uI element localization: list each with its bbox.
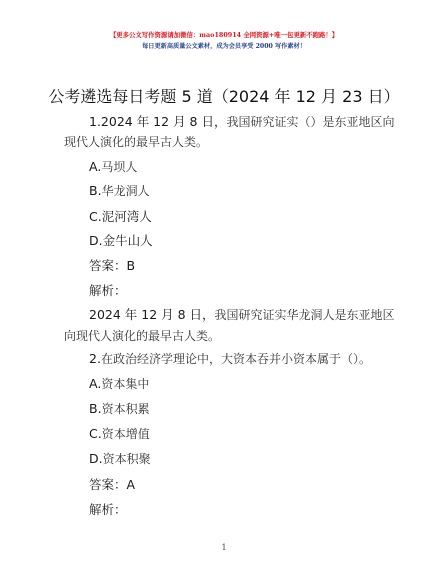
question-1-stem-text: 我国研究证实（）是东亚地区向 [226,115,394,129]
question-1-stem-line-2: 现代人演化的最早古人类。 [64,133,208,150]
question-1-option-d: D.金牛山人 [89,231,153,249]
promo-header-line-1: 【更多公文写作资源请加微信：mao180914 全网资源+唯一包更新不跑路！】 [0,30,448,39]
question-1-stem-line-1: 1.2024 年 12 月 8 日，我国研究证实（）是东亚地区向 [89,112,394,130]
question-1-analysis-line-1: 2024 年 12 月 8 日，我国研究证实华龙洞人是东亚地区 [89,305,395,323]
question-2-answer-value: A [127,477,136,492]
question-1-answer-value: B [127,258,136,273]
question-1-answer: 答案：B [89,256,135,274]
question-2-option-c: C.资本增值 [89,425,150,442]
question-1-number-date: 1.2024 年 12 月 8 日， [89,114,226,129]
question-1-option-a: A.马坝人 [89,158,137,175]
question-2-analysis-label: 解析： [89,500,127,518]
question-2-answer: 答案：A [89,475,135,493]
question-2-option-b: B.资本积累 [89,400,150,417]
page-title: 公考遴选每日考题 5 道（2024 年 12 月 23 日） [0,84,448,107]
question-2-stem-text: 在政治经济学理论中，大资本吞并小资本属于（）。 [101,352,371,366]
promo-header-line-2: 每日更新高质量公文素材，成为会员享受 2000 写作素材！ [0,41,448,50]
question-1-analysis-label: 解析： [89,281,127,299]
page-number: 1 [0,543,448,552]
question-2-stem: 2.在政治经济学理论中，大资本吞并小资本属于（）。 [89,350,371,367]
question-2-option-a: A.资本集中 [89,375,149,392]
question-1-analysis-line-2: 向现代人演化的最早古人类。 [64,327,220,344]
question-2-number: 2. [89,351,101,366]
question-1-option-b: B.华龙洞人 [89,182,150,199]
question-1-option-c: C.泥河湾人 [89,207,152,225]
question-2-option-d: D.资本积聚 [89,450,151,467]
